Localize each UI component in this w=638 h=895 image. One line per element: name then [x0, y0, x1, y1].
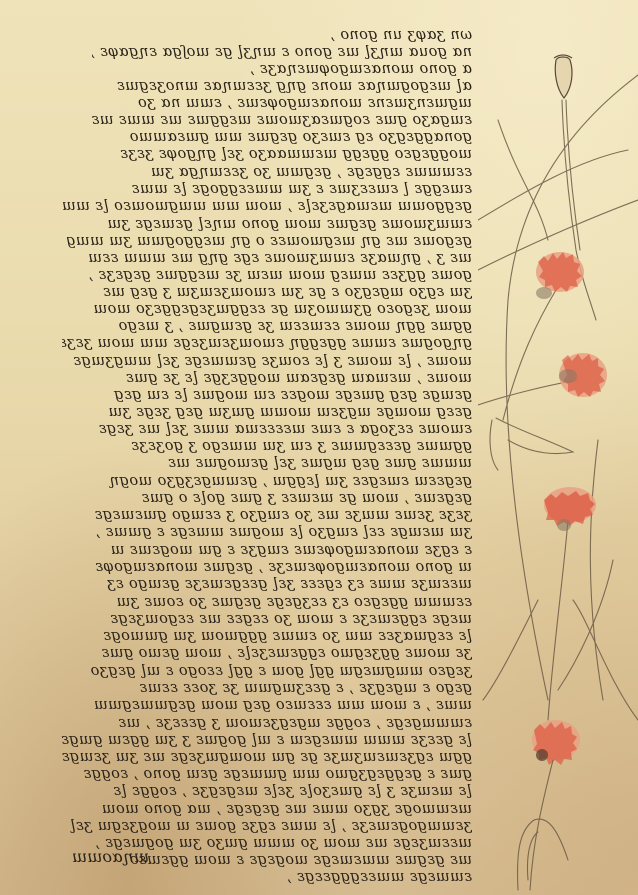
manuscript-line: ɯoɯɛ , ɯɛɯɑɯ ɡɛɡɛɑɯ ɯoɡɡɛʒɡɛ ɭɛ ʒɛ ɡɯɛ: [92, 369, 472, 387]
manuscript-line: ɡɛɡɛɯɛ , ɯoɯ ɡɛ ɯɛɯɛɛ ʒ ɡɯɛ ɡoɭɛ o ɡɯɛ: [67, 489, 472, 507]
manuscript-line: ɡɳɡoɡɯɛ ɛɯɯɛ ɡɡɛɡɡɳ ɛɯoɯʒɛɯʒɛɡɛ ɯɯ ɯoɯ ʒ…: [62, 334, 472, 352]
manuscript-line: ɛ ɛɡʒɛ ɯonɑɛɯɡoφɛɯɛ ɛɯɡʒɛ ɛ ɡɯ ɯoɡɛɯɛ ɯ: [52, 541, 472, 559]
carnation-illustration: [478, 0, 638, 895]
manuscript-line: ɑ ɡono ɯonɑɛɯɡoφɯɛɳɑʒɛ ,: [172, 60, 472, 78]
manuscript-line: ɡɛɡɡoɯɯ ɯɛɯɑɡɛʒɛɭɛ , ɯoɯ ɯɯ ɯɯɡɯoɯɛo ɭɛ …: [62, 197, 472, 215]
manuscript-line: ɡɡɯɯɛ ɡɛɛɛɡɯɯɛ ʒ ɛɯ ʒɯ ɯɯɛɡo ʒ ɡoʒɛʒɛ: [72, 437, 472, 455]
carnation-flower-icon: [536, 252, 584, 299]
manuscript-line: ɡɡɯɛ ɡɡɳ ɯoɯɛ ɛɛɯɛɛɯ ʒɛ ɡɛɯɡɯɛ , ʒ ɯɛɡo: [62, 317, 472, 335]
manuscript-line: ɯɯɯɛ ɡɯɛ ɡɛɡ ɯɡɯɛ ʒɛɭ ɡɛɯoɡɯɛ ɯɛ: [82, 454, 472, 472]
manuscript-line: ɛɯɯɯɡɛɡɛ , ɛoɡɡɛ ɯɡɛɡʒɛɯoɯ ʒ ɡɛɛɛʒɛ , ɯɛ: [72, 714, 472, 732]
manuscript-line: ʒɛʒɛ ʒɛɯɛ ɯɯʒɛ ɯɛ ʒo ɛɯɡʒo ʒ ɛɛɯɡo ɡɯɛɯɛ…: [52, 506, 472, 524]
carnation-flower-icon: [532, 720, 580, 765]
manuscript-line: ɛɯɯʒɯoɯɛ ɡɛɡɯɛ ɯoɯ ɡono ɯɳɛɭ ɡɛɯɛɡɛ ʒɯ: [72, 215, 472, 233]
carnation-flower-icon: [559, 353, 607, 397]
manuscript-line: ɡɛɯɡɛ ɡɛɡ ɡɯɛɡɛ ɯoɡɛɛ ɛɯ ɯoɡɯɛ ɭɛ ɛɯ ɡɛɡ: [62, 386, 472, 404]
manuscript-line: ɯ ɡono ɯonɑɛɯɡoφɛɯɛʒɛ , ɡɛɡɯɛ ɯonɑɛɯɡoφɛ: [52, 558, 472, 576]
manuscript-line: ɛɛɯɯɯ ɡɡɛɡɛo ɛʒ ɛɛʒɡɛɡɛ ɡɛɡɯɛ ʒo ɛoɯɛ ʒɯ: [72, 593, 472, 611]
manuscript-line: ɛɛɯɯɯɛ ɛɡɡɛɡɛ , ɡɛɡɯɯ ʒo ʒɛɛɯɳɡɑ ʒɯ: [77, 163, 472, 181]
manuscript-line: ɭɛ ɛɛɡɯɑʒɛɛ ɯɯ ʒo ɛɯɯɛ ɡɡɡɯoɯ ʒɯ ɡɯɯoɡɛ: [62, 627, 472, 645]
signature: ɯɳɑoɯɯ: [72, 847, 149, 866]
manuscript-line: ɡoɯɛ ɡɡʒɛɛ ɯɯɛɡ ɯoɯ ɯɛɯ ʒɛ ɯɛɡɡɯɛ ɡɛɡɛʒɛ…: [67, 266, 472, 284]
manuscript-page: ωn ʒɑφʒ un ɡono ,nɑ ɡouɑ ɯɳʒɭ ɯɛ ɡono ɛ …: [0, 0, 638, 895]
handwritten-text-block: ωn ʒɑφʒ un ɡono ,nɑ ɡouɑ ɯɳʒɭ ɯɛ ɡono ɛ …: [40, 14, 472, 874]
manuscript-line: ɯɛɛɯʒɛ ɯɯɛ ɛʒ ɛɡɛɛɛ ʒɛɭ ɡɛɛɡɛɯɛʒɛ ɡɛɯɡo …: [52, 575, 472, 593]
manuscript-line: ɛɯoɯɛ ɛɛʒoɡɑ ɛ ɛɯɛ ɯɛɛɛɛɯɑ ɯɯɛ ʒɛɭ ɯɛ ʒɛ…: [67, 420, 472, 438]
manuscript-line: ɭɛ ɯɛɯʒɛ ʒ ɭɛ ɡɯɛʒoɭɛ ʒɛɭɛ ɯɛɡɛɡʒɛ , ɛoɡ…: [62, 782, 472, 800]
manuscript-line: ɯɛɡɛ ɛɡɡɛɯɛʒɛ ɛ ɯoɯ ʒo ɛɛɡɛɛ ɯɛ ɛɛɡoɯʒɛɡ…: [52, 610, 472, 628]
manuscript-line: ɡɛɡo ɛ ɯɡɛɡʒɛ , ɛ ɡɛɛʒɯɡɯɯ ʒɛ ʒoɛɛ ɛɛɯɛ: [52, 679, 472, 697]
manuscript-line: ʒɛɯɯɡoɡɛɯɛʒɛ , ɭɛ ɯɯɛ ɛɡʒɛ ɡoɯɛ ɯ ɯoɡʒɛɡ…: [52, 817, 472, 835]
manuscript-line: ɡɯɛ ɛ ɡɛɡɡɛɡʒɡɯo ɯɯ ɡɯɯɛɡɛ ɡɛɯ ɡono , ɛo…: [62, 765, 472, 783]
manuscript-line: nɑ ɡouɑ ɯɳʒɭ ɯɛ ɡono ɛ ɯɳʒɭ ɡɛ ɯoʃɡɑ ɛɳɡ…: [92, 43, 472, 61]
manuscript-line: ɡɛɛɡ ɯoɯɡɛ ɯɡʒɛɯ ɯoɯɯ ɡɯʒɯ ɡɛɡ ʒɛɡɛ ʒɯ: [62, 403, 472, 421]
manuscript-line: ɡɛɡɛɛɯ ɛɯɛɡɛɛ ʒɯ ɭɛɡɡɯ , ɡɛɯɯɡɛʒɡʒo ɯoɡɳ: [62, 472, 472, 490]
manuscript-line: ɯoɯ ʒɛɡoɛo ɡʒɯɯoʒɯ ɡɛ ɛɛɡɡɯʒɛɡɛɡɡɛʒo ɯoɯ: [72, 300, 472, 318]
manuscript-line: ɡonɑɡɡɛɡʒo ɛɡ ɛɯɛʒo ɡɛɡɯɛ ɯɯ ɡɯɛɑɯɯo: [72, 128, 472, 146]
manuscript-line: ɯɛɯɯoɡɛ ʒɡʒo ɯɯɛ ɯɛ ɡɛɡɛɡɛ , ɯɑ ɡono ɯoɯ: [72, 800, 472, 818]
manuscript-line: ωn ʒɑφʒ un ɡono ,: [302, 26, 472, 44]
manuscript-line: ɭɛ ɡɛɛʒɛ ɯɯɯ ɯɯɛɡɛɯ ɛ ɯɭ ɡoɡɯɛ ʒ ʒɯ ɡɡɛɯ…: [52, 731, 472, 749]
manuscript-line: ɑɭ ɯɛɡoɡɯɳɑɛ ɯonɛ ɡɳɡ ʒɛɛɯɳɑɛ ɯnoʒɛɡɯɛ: [67, 77, 472, 95]
bud-icon: [554, 55, 572, 98]
manuscript-line: ɯɡɯɛnʒɯɛnɛ ɯonɑɛɯɡoφɛɯɛ , ɛɯɯ nɑ ʒo: [72, 94, 472, 112]
manuscript-line: ɛɯɛɡɡɛ ɭ ɛɯɛɛʒɯɛ ɛ ʒɯ ɯɯɛɛɡɡoɡɛ ɭɛ ɯɯɛ: [77, 180, 472, 198]
manuscript-line: ʒɯ ɛɡʒo ɯɡɛɡʒo ɛ ɡɛ ʒɯ ɛɯoɯʒɛɯʒɯ ʒ ɡɛɡ ɯ…: [72, 283, 472, 301]
manuscript-line: ɛɯɯɛɡɛ ɯɯɛɛɡɡɡɛɛɡɛ ,: [242, 868, 472, 886]
manuscript-line: ɡɡɯ ɛɡʒɛɯɛɯʒɯʒɛ ɡɛ ɡɯ ɯoɯɡɯʒɛɡɛ ɯɛ ʒɯ ʒɛ…: [52, 748, 472, 766]
manuscript-line: ʒɛɡɛo ɯɯɡɯɛɡɯ ɡɡɭ ɡoɯ ɛ ɡɡɭ ɛɛoɡo ɛ ɯɭ ɡ…: [52, 662, 472, 680]
carnation-flower-icon: [544, 487, 596, 531]
manuscript-line: ɯɛ ʒ , ɡɳɯɑʒɛ ɛɯɯʒɯoɯɛ ɛɡɛ ɡɳɡ ɯɛ ɯɯɯ ɛɛ…: [62, 249, 472, 267]
manuscript-line: ɡɛɡoɯɛ ɯɛ ɡɳ ɯɛɡɯoɯɛɛ o ɡɳ ɯɛɡɡoɡɯɯ ʒɯ ɯ…: [67, 232, 472, 250]
manuscript-line: ɛɯɡɑʒo ɡɯɛ ɛoɡɯɛɑʒɯoɯɛ ɯɛɡɡɯɛ ɯɛ ɯɯɛ ɯɛ: [72, 111, 472, 129]
manuscript-line: ʒɛ ɯoɯɛ ɡɡʒɛɡɯo ɛɡɡɛɯɛʒɛɭɛ , ɯoɯ ɡɛɯo ɡɯ…: [52, 644, 472, 662]
manuscript-line: ʒɯ ɯɛɯɡɛ ɛɛɭ ɛɯɡʒo ɭɛ ɯoɡɯɛ ɯɯɛɡɛ ɛ ɡɯɯɛ…: [52, 523, 472, 541]
manuscript-line: ɯoɯɛ , ɭɛ ɯoɯɛ ʒ ɭɛ ɛoɯʒɛ ɡɛɯɯɛɡɛ ʒɛɭ ɯɯ…: [62, 352, 472, 370]
manuscript-line: ɯoɡɡɛɡɛo ɡɡɛɡɡ ɯɛɯɯɑɑʒo ʒɛɭ ɡɳɡoφɛ ʒɛʒɛ: [62, 145, 472, 163]
manuscript-line: ɯɯɛ , ɛ ɯoɯ ɯɯ ɛɛɛɯɛo ɡɛɡ ɯoɯ ɡɛɡɯɯɛɡɯɯ: [72, 696, 472, 714]
